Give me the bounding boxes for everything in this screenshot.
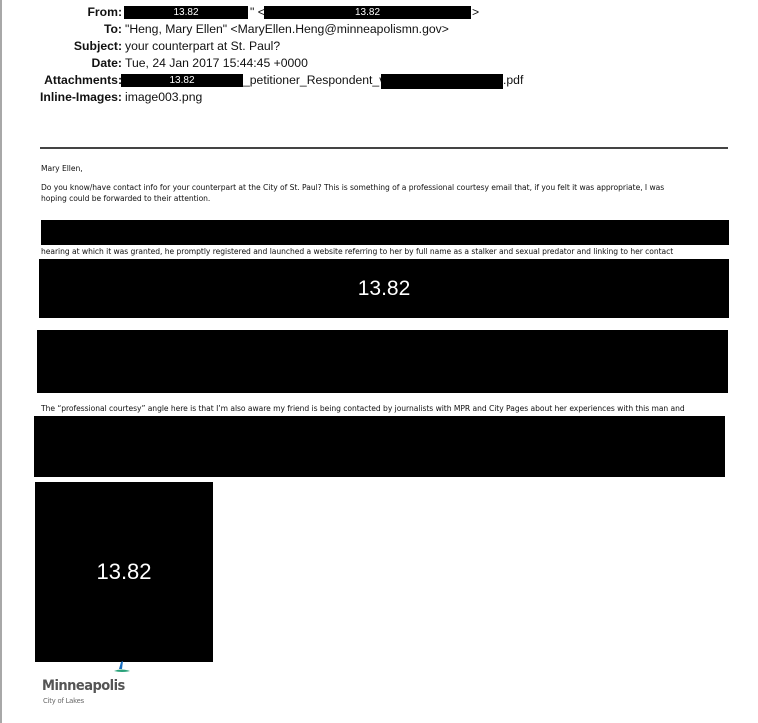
- page-edge: [0, 0, 2, 723]
- paragraph-1-line-1: Do you know/have contact info for your c…: [41, 182, 664, 193]
- attachments-label: Attachments:: [0, 73, 122, 87]
- header-subject-row: Subject: your counterpart at St. Paul?: [0, 39, 758, 54]
- header-date-row: Date: Tue, 24 Jan 2017 15:44:45 +0000: [0, 56, 758, 71]
- greeting: Mary Ellen,: [41, 163, 83, 174]
- paragraph-1-line-2: hoping could be forwarded to their atten…: [41, 193, 210, 204]
- to-value: "Heng, Mary Ellen" <MaryEllen.Heng@minne…: [125, 22, 449, 36]
- redaction-from-email: 13.82: [264, 6, 471, 19]
- minneapolis-logo: Minneapolis City of Lakes: [42, 660, 142, 710]
- logo-mark-icon: [42, 660, 142, 680]
- redaction-attachment-party: [381, 74, 503, 89]
- subject-value: your counterpart at St. Paul?: [125, 39, 280, 53]
- redaction-block-2: 13.82: [39, 259, 729, 318]
- header-attachments-row: Attachments: 13.82 _petitioner_Responden…: [0, 73, 758, 88]
- logo-subtitle: City of Lakes: [43, 697, 84, 705]
- paragraph-3-line: The “professional courtesy” angle here i…: [41, 403, 685, 414]
- inline-images-value: image003.png: [125, 90, 202, 104]
- redaction-code: 13.82: [121, 74, 243, 87]
- from-separator: " <: [250, 5, 265, 19]
- redaction-code: 13.82: [124, 6, 248, 19]
- paragraph-2-line: hearing at which it was granted, he prom…: [41, 246, 673, 257]
- redaction-block-1: [41, 220, 729, 245]
- redaction-attachment-name: 13.82: [121, 74, 243, 87]
- header-from-row: From: 13.82 " < 13.82 >: [0, 5, 758, 20]
- redacted-inline-image: 13.82: [35, 482, 213, 662]
- from-label: From:: [0, 5, 122, 19]
- header-divider: [40, 147, 728, 149]
- redaction-block-3: [37, 330, 728, 393]
- logo-title: Minneapolis: [42, 678, 125, 694]
- to-label: To:: [0, 22, 122, 36]
- date-label: Date:: [0, 56, 122, 70]
- redaction-code: 13.82: [35, 482, 213, 662]
- date-value: Tue, 24 Jan 2017 15:44:45 +0000: [125, 56, 308, 70]
- redaction-code: 13.82: [264, 6, 471, 19]
- inline-images-label: Inline-Images:: [0, 90, 122, 104]
- from-end: >: [472, 5, 479, 19]
- header-inline-images-row: Inline-Images: image003.png: [0, 90, 758, 105]
- subject-label: Subject:: [0, 39, 122, 53]
- attachment-extension: .pdf: [503, 73, 523, 87]
- header-to-row: To: "Heng, Mary Ellen" <MaryEllen.Heng@m…: [0, 22, 758, 37]
- attachment-filename-middle: _petitioner_Respondent_v_: [243, 73, 392, 87]
- redaction-code: 13.82: [39, 259, 729, 318]
- redaction-block-4: [34, 416, 725, 477]
- redaction-from-name: 13.82: [124, 6, 248, 19]
